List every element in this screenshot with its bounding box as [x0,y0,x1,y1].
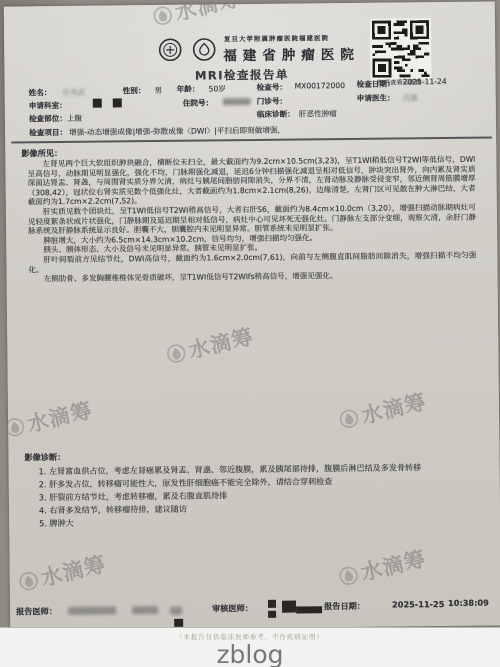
reviewer-redaction [268,611,276,618]
water-drop-icon [151,4,175,28]
findings-paragraph: 左肾见两个巨大软组织肿块融合，横断位未扫全，最大截面约为9.2cm×10.5cm… [27,155,475,208]
reporter-signature-redaction [170,607,182,615]
findings-paragraph: 肝实质见数个团块灶，呈T1WI低信号T2WI稍高信号，大者右肝S6，截面约为8.… [28,203,476,236]
dept-redaction [93,99,102,108]
hospital-emblem2-icon [192,37,216,61]
water-drop-icon [164,341,188,365]
outpatient-label: 门诊号： [257,96,287,107]
hospital-affiliation: 复旦大学附属肿瘤医院福建医院 [224,33,329,43]
report-photo: 水滴筹 水滴筹 水滴筹 水滴筹 水滴筹 水滴筹 [0,0,500,667]
shuidichou-watermark: 水滴筹 [15,548,109,598]
water-drop-icon [337,407,361,431]
age-value: 50岁 [209,83,226,94]
exam-date-label: 检查日期： [357,79,395,90]
clinical-dx-value: 肝恶性肿瘤 [299,108,337,119]
findings-body: 左肾见两个巨大软组织肿块融合，横断位未扫全，最大截面约为9.2cm×10.5cm… [27,155,476,284]
age-label: 年龄： [177,84,200,95]
dept-label: 申请科室： [29,100,67,111]
exam-item-label: 检查项目： [29,127,67,138]
doctor-value: 冯惠 [403,92,418,103]
name-label: 姓名： [29,87,52,98]
report-date-value: 2025-11-25 [392,599,444,610]
diagnosis-heading: 影像诊断： [24,452,65,463]
shuidichou-watermark: 水滴筹 [4,394,96,444]
signature-redaction [174,619,183,627]
exam-date-value: 2025-11-24 [403,77,447,86]
gender-value: 男 [155,85,163,96]
hospital-name: 福建省肿瘤医院 [223,43,360,64]
reporter-label: 报告医师： [16,606,57,617]
report-paper: 水滴筹 水滴筹 水滴筹 水滴筹 水滴筹 水滴筹 [4,1,500,630]
inpatient-redaction [223,98,251,105]
body-part-value: 上腹 [67,113,82,124]
reviewer-label: 审核医师： [212,603,253,614]
bottom-strip: （本报告仅供临床医师参考，不作疾病证明） zblog [0,627,500,667]
reporter-signature-redaction [132,606,158,614]
findings-heading: 影像所见： [21,148,62,159]
body-part-label: 检查部位： [29,113,67,124]
site-watermark: zblog [0,642,500,667]
shuidichou-watermark: 水滴筹 [335,543,429,593]
exam-no-value: MX00172000 [295,81,345,91]
shuidichou-watermark: 水滴筹 [163,320,257,370]
water-drop-icon [17,569,41,593]
shuidichou-watermark: 水滴筹 [149,1,243,32]
gender-label: 性别： [123,85,146,96]
clinical-dx-label: 临床诊断： [257,109,295,120]
dept-redaction [113,98,122,107]
reviewer-redaction [268,600,276,608]
water-drop-icon [337,564,361,588]
exam-item-value: 增强-动态增强成像|增强-弥散成像〈DWI〉|平扫后即刻做增强, [69,125,280,138]
hospital-emblem-icon [158,38,182,62]
water-drop-icon [4,415,27,439]
name-value: 任英武 [63,87,86,98]
inpatient-label: 住院号： [183,97,213,108]
report-date-label: 报告日期： [324,601,365,612]
reporter-signature-redaction [68,606,116,615]
reviewer-redaction [282,601,296,613]
diagnosis-list: 1. 左肾富血供占位，考虑左肾癌累及肾盂、肾盏、邻近腹膜，累及胰尾部待排，腹膜后… [39,461,476,531]
exam-no-label: 检查号： [257,82,287,93]
reviewer-redaction [296,606,322,613]
qr-code [370,18,432,80]
doctor-label: 申请医生： [357,92,395,103]
report-time-value: 10:38:09 [448,598,489,608]
shuidichou-watermark: 水滴筹 [336,386,430,436]
